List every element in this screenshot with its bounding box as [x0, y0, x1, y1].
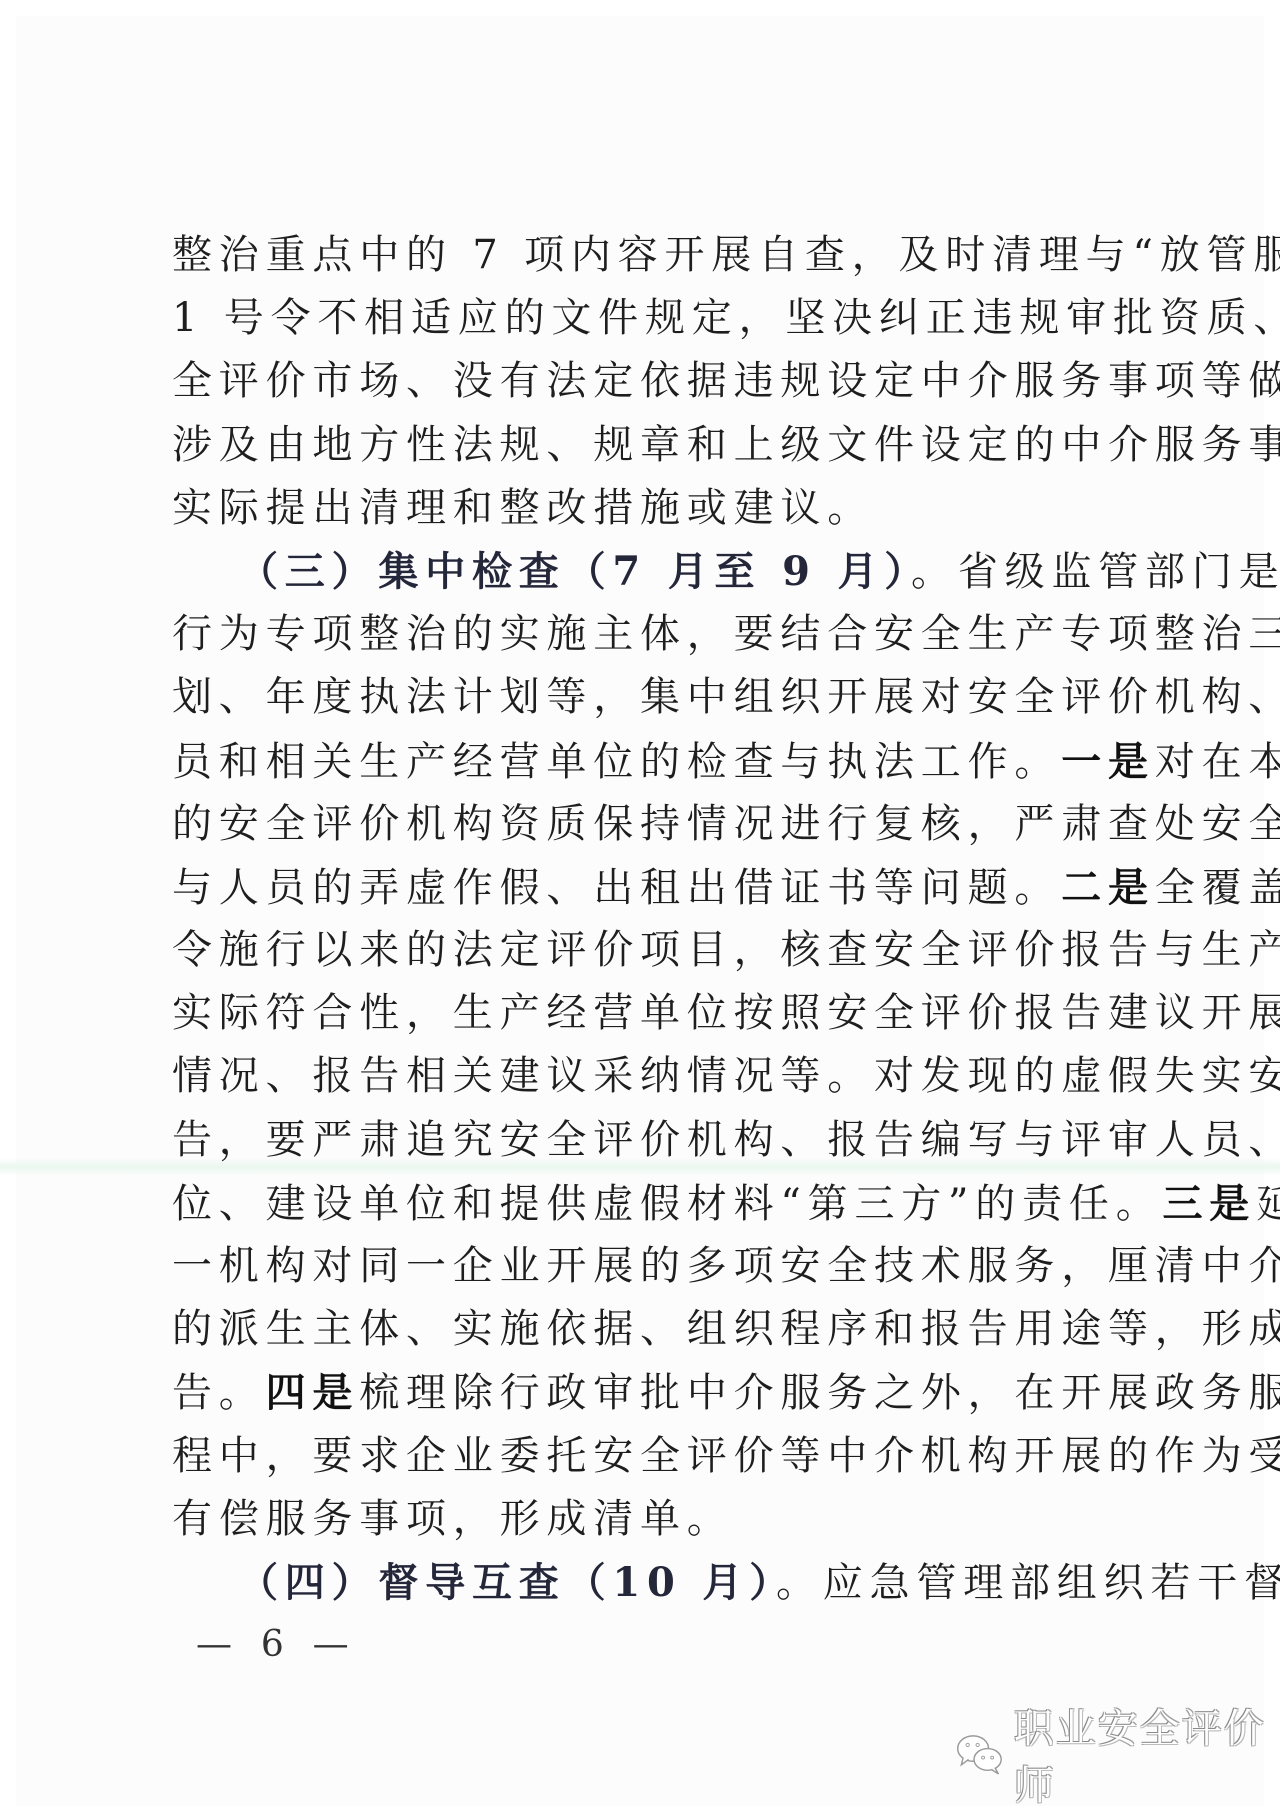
- text-segment: 位、建设单位和提供虚假材料“第三方”的责任。: [172, 1181, 1163, 1227]
- text-line: 告。四是梳理除行政审批中介服务之外，在开展政务服务事项过: [172, 1361, 1116, 1424]
- text-line: 全评价市场、没有法定依据违规设定中介服务事项等做法。其中，: [172, 350, 1116, 413]
- text-segment: 1 号令不相适应的文件规定，坚决纠正违规审批资质、违规干预安: [172, 295, 1280, 341]
- text-segment: 延伸检查同: [1256, 1181, 1280, 1227]
- text-segment: 对在本地区注册: [1155, 739, 1280, 785]
- text-line: 员和相关生产经营单位的检查与执法工作。一是对在本地区注册: [172, 730, 1116, 793]
- text-segment: 整治重点中的 7 项内容开展自查，及时清理与“放管服”改革要求、: [172, 232, 1280, 278]
- text-segment: 实际符合性，生产经营单位按照安全评价报告建议开展隐患整改: [172, 990, 1280, 1036]
- text-line: 实际符合性，生产经营单位按照安全评价报告建议开展隐患整改: [172, 982, 1116, 1045]
- text-line: 与人员的弄虚作假、出租出借证书等问题。二是全覆盖检查 1 号: [172, 856, 1116, 919]
- text-segment: 告，要严肃追究安全评价机构、报告编写与评审人员、生产经营单: [172, 1117, 1280, 1163]
- text-segment: 的安全评价机构资质保持情况进行复核，严肃查处安全评价机构: [172, 801, 1280, 847]
- text-segment: 令施行以来的法定评价项目，核查安全评价报告与生产经营单位: [172, 927, 1280, 973]
- text-segment: 员和相关生产经营单位的检查与执法工作。: [172, 739, 1061, 785]
- text-segment: 行为专项整治的实施主体，要结合安全生产专项整治三年行动计: [172, 611, 1280, 657]
- text-segment: 一机构对同一企业开展的多项安全技术服务，厘清中介服务事项: [172, 1243, 1280, 1289]
- text-segment: 全评价市场、没有法定依据违规设定中介服务事项等做法。其中，: [172, 358, 1280, 404]
- text-segment: 的派生主体、实施依据、组织程序和报告用途等，形成专题分析报: [172, 1306, 1280, 1352]
- text-line: 整治重点中的 7 项内容开展自查，及时清理与“放管服”改革要求、: [172, 224, 1116, 287]
- text-segment: 与人员的弄虚作假、出租出借证书等问题。: [172, 865, 1061, 911]
- page-number: — 6 —: [196, 1624, 351, 1665]
- text-line: 告，要严肃追究安全评价机构、报告编写与评审人员、生产经营单: [172, 1109, 1116, 1172]
- text-segment: 有偿服务事项，形成清单。: [172, 1496, 734, 1542]
- text-segment: 。省级监管部门是安全评价执业: [911, 549, 1280, 595]
- text-line: 1 号令不相适应的文件规定，坚决纠正违规审批资质、违规干预安: [172, 287, 1116, 350]
- text-segment: 程中，要求企业委托安全评价等中介机构开展的作为受理条件的: [172, 1433, 1280, 1479]
- emphasis-label: 四是: [266, 1369, 360, 1416]
- section-heading: （四）督导互查（10 月）: [238, 1559, 776, 1606]
- text-segment: 全覆盖检查 1 号: [1155, 865, 1280, 911]
- text-line: 的安全评价机构资质保持情况进行复核，严肃查处安全评价机构: [172, 793, 1116, 856]
- text-line: 程中，要求企业委托安全评价等中介机构开展的作为受理条件的: [172, 1425, 1116, 1488]
- text-line: 行为专项整治的实施主体，要结合安全生产专项整治三年行动计: [172, 603, 1116, 666]
- text-segment: 涉及由地方性法规、规章和上级文件设定的中介服务事项，请结合: [172, 422, 1280, 468]
- text-line: 涉及由地方性法规、规章和上级文件设定的中介服务事项，请结合: [172, 414, 1116, 477]
- text-line: 位、建设单位和提供虚假材料“第三方”的责任。三是延伸检查同: [172, 1172, 1116, 1235]
- text-line: 有偿服务事项，形成清单。: [172, 1488, 1116, 1551]
- text-line: 实际提出清理和整改措施或建议。: [172, 477, 1116, 540]
- text-line: 令施行以来的法定评价项目，核查安全评价报告与生产经营单位: [172, 919, 1116, 982]
- paragraph-first-line: （四）督导互查（10 月）。应急管理部组织若干督导组，赴矿: [172, 1551, 1116, 1614]
- watermark-text: 职业安全评价师: [1014, 1697, 1280, 1810]
- emphasis-label: 三是: [1163, 1180, 1257, 1227]
- text-segment: 。应急管理部组织若干督导组，赴矿: [776, 1560, 1280, 1606]
- document-body: 整治重点中的 7 项内容开展自查，及时清理与“放管服”改革要求、1 号令不相适应…: [172, 224, 1116, 1614]
- text-line: 的派生主体、实施依据、组织程序和报告用途等，形成专题分析报: [172, 1298, 1116, 1361]
- text-segment: 告。: [172, 1370, 266, 1416]
- emphasis-label: 二是: [1061, 864, 1155, 911]
- text-segment: 情况、报告相关建议采纳情况等。对发现的虚假失实安全评价报: [172, 1053, 1280, 1099]
- wechat-icon: [955, 1730, 1006, 1778]
- text-segment: 梳理除行政审批中介服务之外，在开展政务服务事项过: [359, 1370, 1280, 1416]
- text-line: 情况、报告相关建议采纳情况等。对发现的虚假失实安全评价报: [172, 1045, 1116, 1108]
- paragraph-first-line: （三）集中检查（7 月至 9 月）。省级监管部门是安全评价执业: [172, 540, 1116, 603]
- text-segment: 划、年度执法计划等，集中组织开展对安全评价机构、安全评价人: [172, 674, 1280, 720]
- text-line: 划、年度执法计划等，集中组织开展对安全评价机构、安全评价人: [172, 666, 1116, 729]
- text-line: 一机构对同一企业开展的多项安全技术服务，厘清中介服务事项: [172, 1235, 1116, 1298]
- text-segment: 实际提出清理和整改措施或建议。: [172, 485, 874, 531]
- watermark: 职业安全评价师: [955, 1730, 1280, 1778]
- section-heading: （三）集中检查（7 月至 9 月）: [238, 548, 911, 595]
- emphasis-label: 一是: [1061, 738, 1155, 785]
